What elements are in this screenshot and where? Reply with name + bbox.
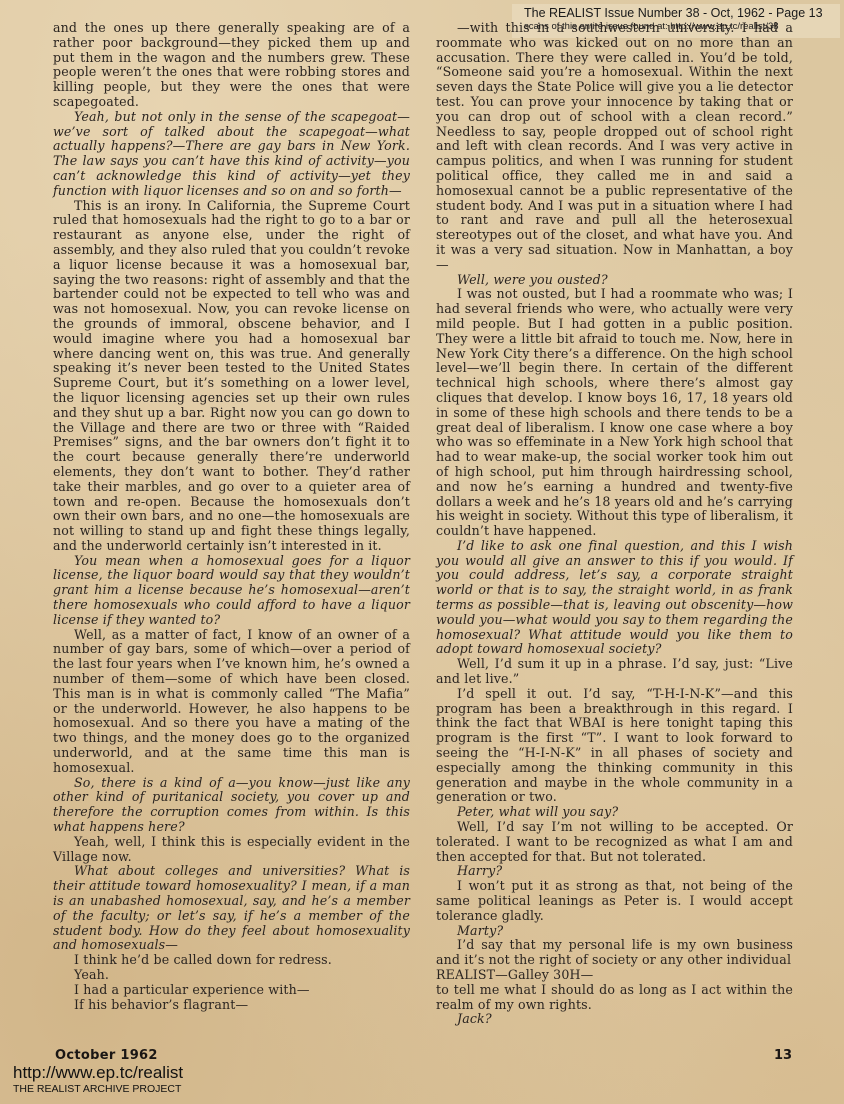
paragraph: I’d like to ask one final question, and … [436,539,793,657]
paragraph: and the ones up there generally speaking… [53,21,410,110]
paragraph: Yeah, but not only in the sense of the s… [53,110,410,199]
archive-project-label: THE REALIST ARCHIVE PROJECT [13,1083,181,1095]
paragraph: Well, I’d say I’m not willing to be acce… [436,820,793,864]
galley-marker: REALIST—Galley 30H— [436,968,793,983]
paragraph: What about colleges and universities? Wh… [53,864,410,953]
paragraph: This is an irony. In California, the Sup… [53,199,410,554]
paragraph: Well, I’d sum it up in a phrase. I’d say… [436,657,793,687]
paragraph: Well, were you ousted? [436,273,793,288]
paragraph: If his behavior’s flagrant— [53,998,410,1013]
right-column: —with this in a southwestern university.… [436,21,793,1027]
paragraph: Harry? [436,864,793,879]
paragraph: Jack? [436,1012,793,1027]
paragraph: You mean when a homosexual goes for a li… [53,554,410,628]
paragraph: I’d say that my personal life is my own … [436,938,793,968]
page-number: 13 [774,1048,792,1063]
paragraph: Marty? [436,924,793,939]
left-column: and the ones up there generally speaking… [53,21,410,1012]
paragraph: So, there is a kind of a—you know—just l… [53,776,410,835]
paragraph: Yeah. [53,968,410,983]
paragraph: I was not ousted, but I had a roommate w… [436,287,793,539]
archive-url-link[interactable]: http://www.ep.tc/realist [13,1063,183,1082]
paragraph: I’d spell it out. I’d say, “T-H-I-N-K”—a… [436,687,793,805]
paragraph: I think he’d be called down for redress. [53,953,410,968]
footer-date: October 1962 [55,1048,158,1063]
archive-banner-title: The REALIST Issue Number 38 - Oct, 1962 … [524,6,840,21]
paragraph: I had a particular experience with— [53,983,410,998]
paragraph: Well, as a matter of fact, I know of an … [53,628,410,776]
paragraph: Peter, what will you say? [436,805,793,820]
paragraph: to tell me what I should do as long as I… [436,983,793,1013]
paragraph: I won’t put it as strong as that, not be… [436,879,793,923]
paragraph: Yeah, well, I think this is especially e… [53,835,410,865]
paragraph: —with this in a southwestern university.… [436,21,793,273]
